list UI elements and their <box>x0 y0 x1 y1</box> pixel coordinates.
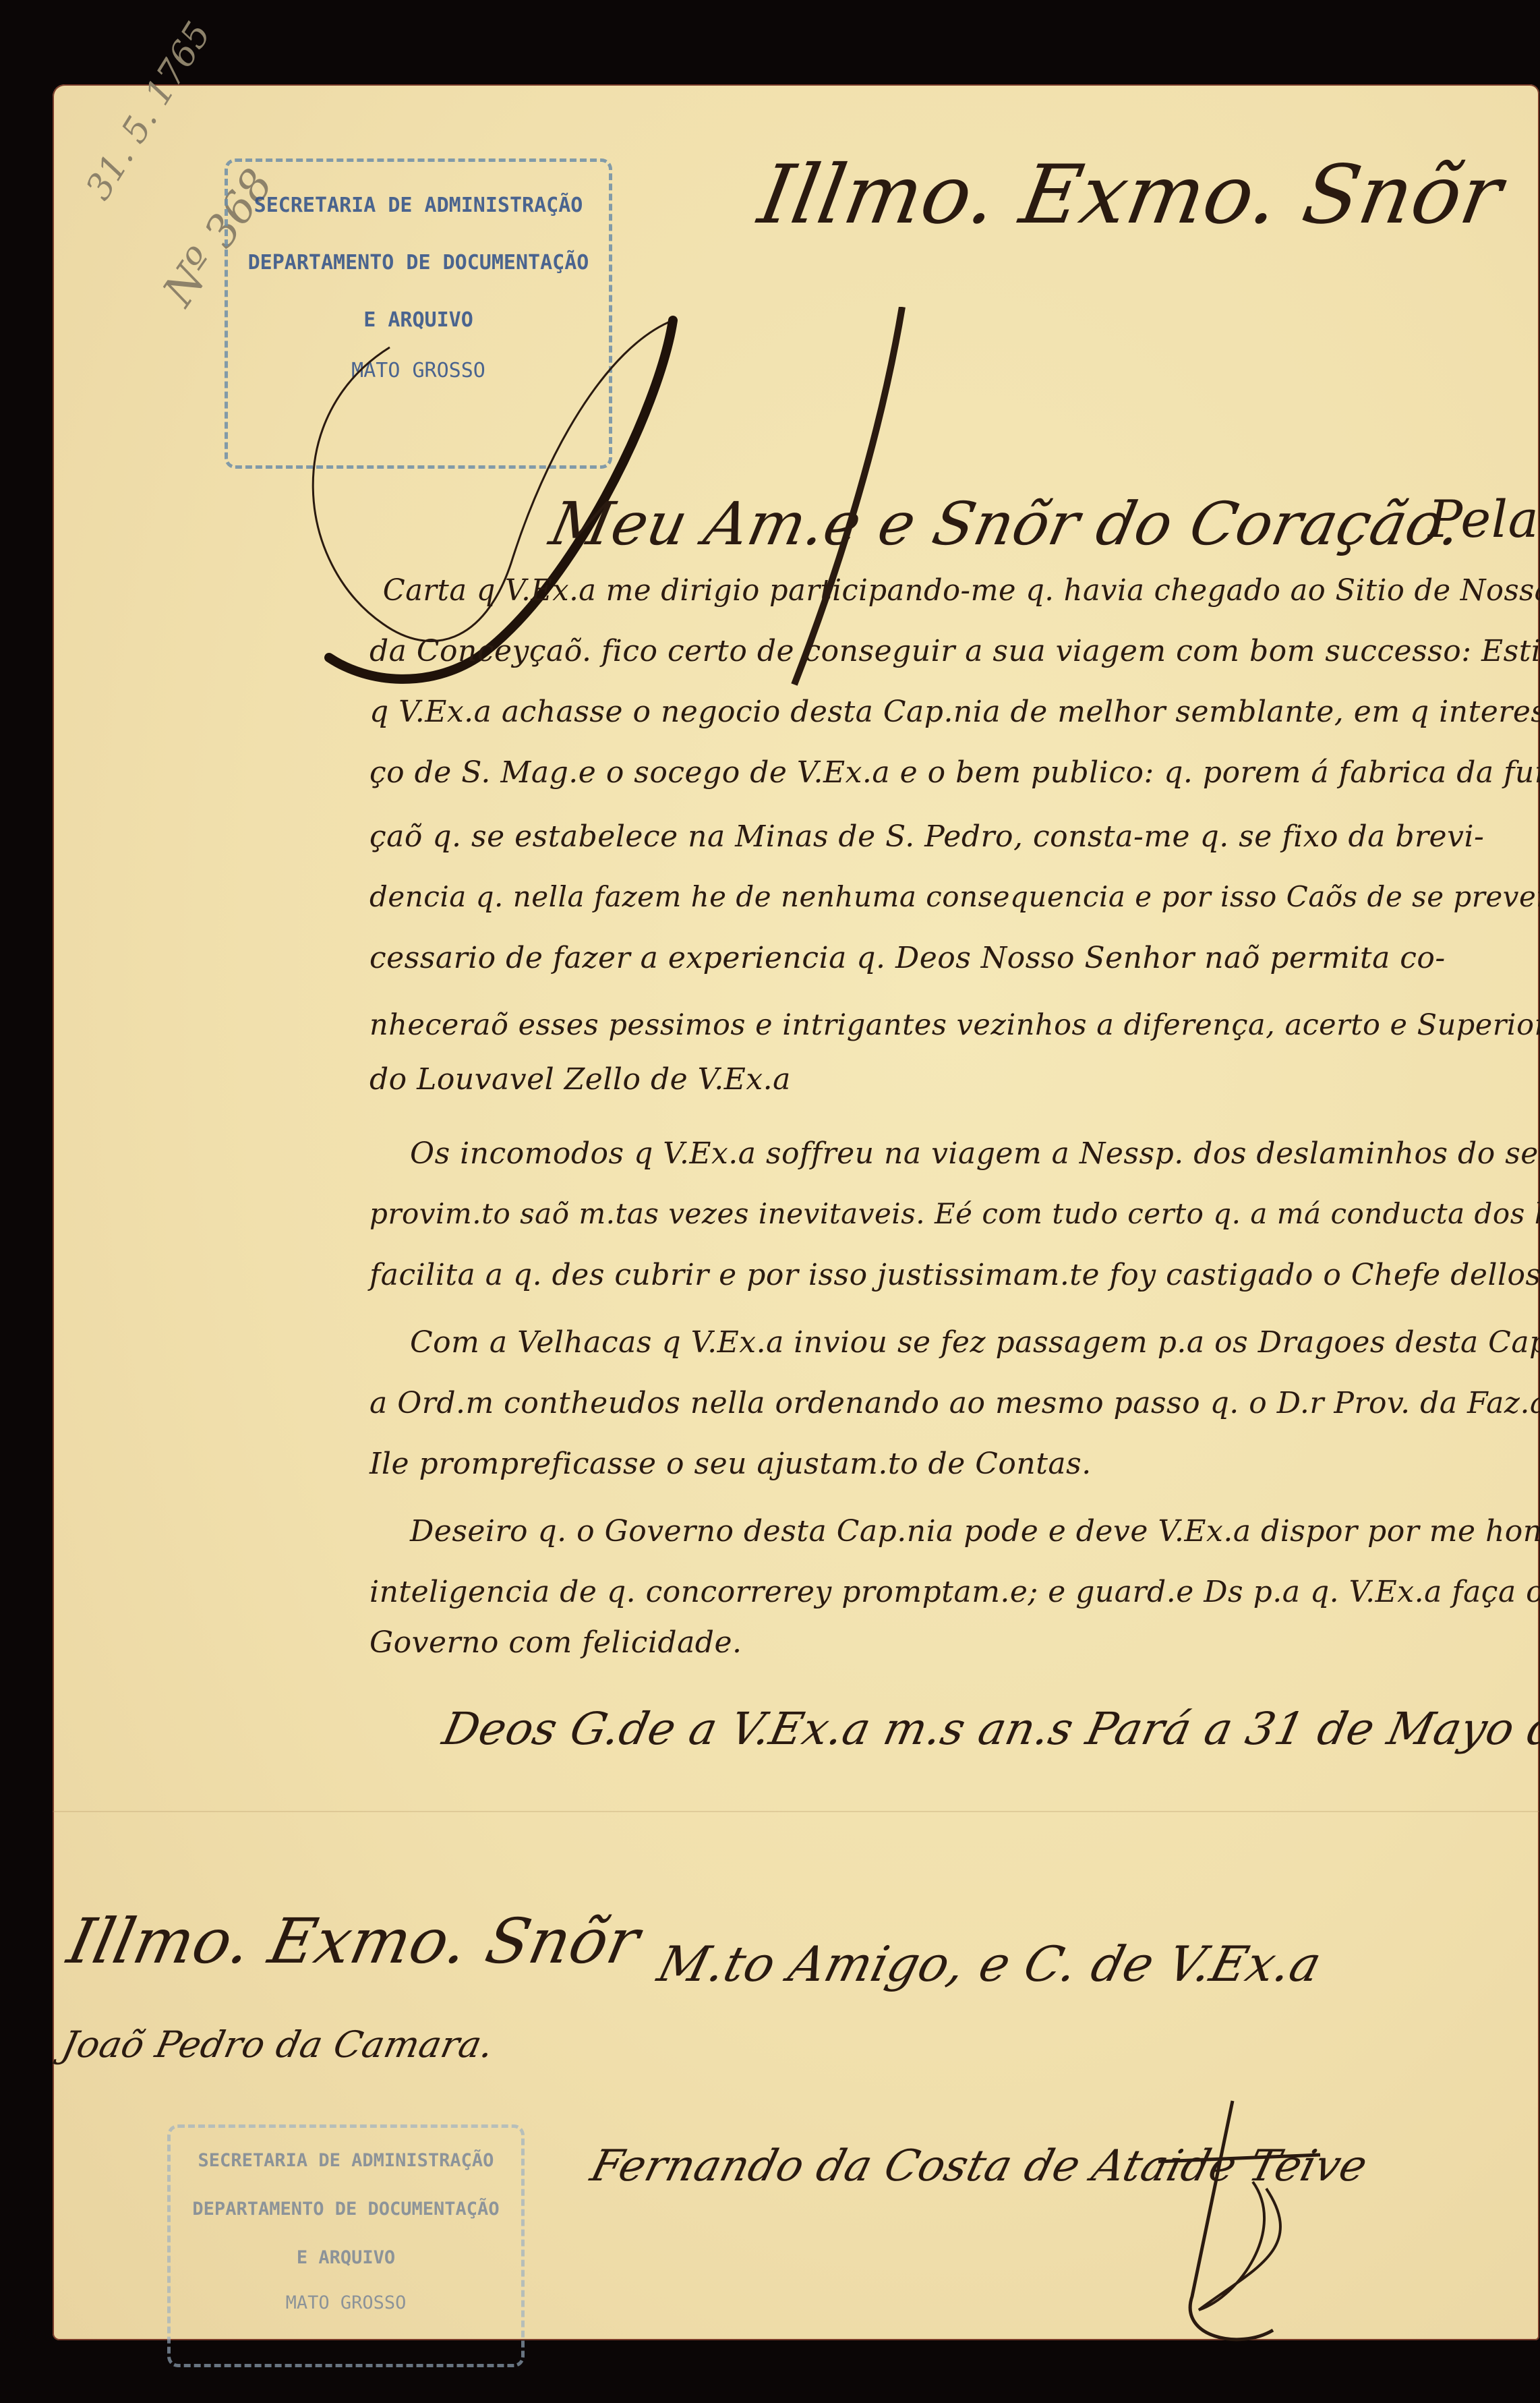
stamp-line: DEPARTAMENTO DE DOCUMENTAÇÃO <box>171 2200 521 2218</box>
stamp-line: MATO GROSSO <box>228 361 609 381</box>
body-line: Pela <box>1428 489 1539 549</box>
stamp-line: SECRETARIA DE ADMINISTRAÇÃO <box>228 196 609 216</box>
body-line: Governo com felicidade. <box>369 1625 742 1660</box>
closing-date-line: Deos G.de a V.Ex.a m.s an.s Pará a 31 de… <box>438 1703 1540 1755</box>
salutation: Meu Am.e e Snõr do Coração. <box>544 489 1469 558</box>
body-line: çaõ q. se estabelece na Minas de S. Pedr… <box>369 819 1484 854</box>
body-line: Os incomodos q V.Ex.a soffreu na viagem … <box>410 1136 1540 1171</box>
body-line: Carta q V.Ex.a me dirigio participando-m… <box>383 573 1540 608</box>
body-line: nheceraõ esses pessimos e intrigantes ve… <box>369 1008 1540 1042</box>
recipient-title: Illmo. Exmo. Snõr <box>62 1905 646 1977</box>
stamp-line: E ARQUIVO <box>228 310 609 330</box>
recipient-name: Joaõ Pedro da Camara. <box>58 2023 498 2066</box>
body-line: provim.to saõ m.tas vezes inevitaveis. E… <box>369 1197 1540 1230</box>
archive-date-annotation: 31. 5. 1765 <box>78 16 219 207</box>
body-line: cessario de fazer a experiencia q. Deos … <box>369 941 1446 975</box>
signature-flourish <box>1118 2094 1374 2364</box>
stamp-line: E ARQUIVO <box>171 2249 521 2267</box>
body-line: q V.Ex.a achasse o negocio desta Cap.nia… <box>369 695 1540 729</box>
body-line: ço de S. Mag.e o socego de V.Ex.a e o be… <box>369 755 1540 790</box>
body-line: inteligencia de q. concorrerey promptam.… <box>369 1575 1540 1609</box>
valediction: M.to Amigo, e C. de V.Ex.a <box>653 1936 1328 1992</box>
body-line: da Conceyçaõ. fico certo de conseguir a … <box>369 634 1540 668</box>
body-line: Ile prompreficasse o seu ajustam.to de C… <box>369 1447 1092 1481</box>
signature: Fernando da Costa de Ataide Teive <box>586 2141 1373 2191</box>
archive-stamp-top: SECRETARIA DE ADMINISTRAÇÃO DEPARTAMENTO… <box>225 158 612 469</box>
stamp-line: SECRETARIA DE ADMINISTRAÇÃO <box>171 2151 521 2170</box>
body-line: Deseiro q. o Governo desta Cap.nia pode … <box>410 1514 1540 1548</box>
archive-stamp-bottom: SECRETARIA DE ADMINISTRAÇÃO DEPARTAMENTO… <box>167 2124 525 2367</box>
letter-heading: Illmo. Exmo. Snõr <box>752 148 1509 242</box>
body-line: facilita a q. des cubrir e por isso just… <box>369 1258 1540 1292</box>
stamp-line: MATO GROSSO <box>171 2294 521 2312</box>
body-line: dencia q. nella fazem he de nenhuma cons… <box>369 880 1540 913</box>
body-line: a Ord.m contheudos nella ordenando ao me… <box>369 1386 1540 1420</box>
manuscript-page: 31. 5. 1765 Nº 368 SECRETARIA DE ADMINIS… <box>53 84 1539 2340</box>
stamp-line: DEPARTAMENTO DE DOCUMENTAÇÃO <box>228 253 609 273</box>
body-line: do Louvavel Zello de V.Ex.a <box>369 1062 791 1097</box>
body-line: Com a Velhacas q V.Ex.a inviou se fez pa… <box>410 1325 1540 1360</box>
